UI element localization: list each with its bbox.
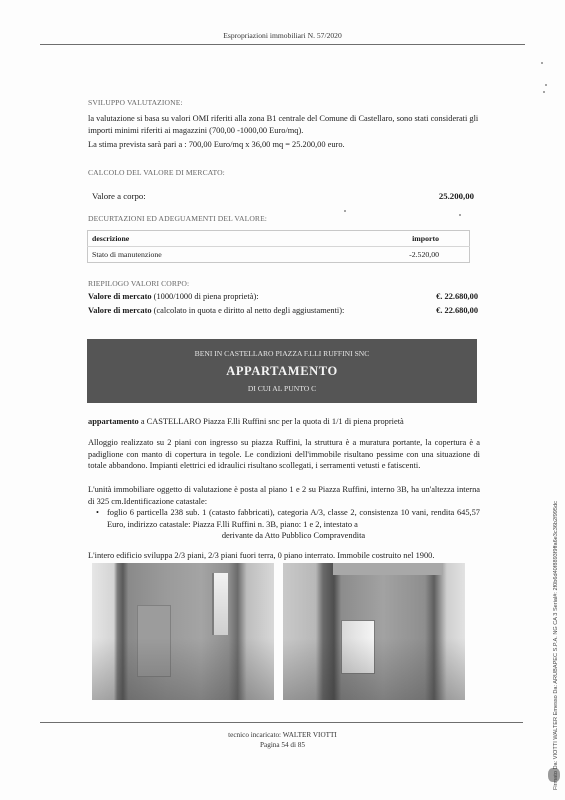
banner-title: APPARTAMENTO [87, 364, 477, 379]
decurtazioni-table: descrizione importo Stato di manutenzion… [87, 230, 470, 263]
riepilogo-row-label: Valore di mercato (calcolato in quota e … [88, 306, 344, 315]
riepilogo-row-bold: Valore di mercato [88, 306, 152, 315]
cadastral-bullet-text: foglio 6 particella 238 sub. 1 (catasto … [107, 507, 480, 530]
property-banner: BENI IN CASTELLARO PIAZZA F.LLI RUFFINI … [87, 339, 477, 403]
riepilogo-row-detail: (calcolato in quota e diritto al netto d… [152, 306, 345, 315]
digital-signature-text: Firmato Da: VIOTTI WALTER Emesso Da: ARU… [553, 501, 559, 790]
bullet-icon: • [96, 507, 99, 519]
header-divider [40, 44, 525, 45]
riepilogo-row-value: €. 22.680,00 [436, 306, 478, 315]
riepilogo-row-label: Valore di mercato (1000/1000 di piena pr… [88, 292, 259, 301]
cell-importo: -2.520,00 [297, 247, 469, 263]
description-paragraph-3: L'intero edificio sviluppa 2/3 piani, 2/… [88, 550, 488, 562]
riepilogo-row-value: €. 22.680,00 [436, 292, 478, 301]
scan-speck [541, 62, 543, 64]
section-label-decurtazioni: DECURTAZIONI ED ADEGUAMENTI DEL VALORE: [88, 214, 267, 223]
document-header-title: Espropriazioni immobiliari N. 57/2020 [0, 31, 565, 40]
riepilogo-row-bold: Valore di mercato [88, 292, 152, 301]
column-header-descrizione: descrizione [88, 231, 298, 247]
column-header-importo: importo [297, 231, 469, 247]
table-header-row: descrizione importo [88, 231, 470, 247]
scan-speck [545, 84, 547, 86]
property-intro-rest: a CASTELLARO Piazza F.lli Ruffini snc pe… [139, 417, 404, 426]
scan-speck [543, 91, 545, 93]
description-paragraph-2: L'unità immobiliare oggetto di valutazio… [88, 484, 480, 507]
scan-speck [344, 210, 346, 212]
riepilogo-row-detail: (1000/1000 di piena proprietà): [152, 292, 259, 301]
photo-floor-shade [92, 638, 274, 700]
banner-location: BENI IN CASTELLARO PIAZZA F.LLI RUFFINI … [87, 349, 477, 358]
property-photo-2 [283, 563, 465, 700]
footer-technician: tecnico incaricato: WALTER VIOTTI [0, 731, 565, 739]
photo-window-shape [212, 573, 228, 635]
photo-floor-shade [283, 638, 465, 700]
riepilogo-row: Valore di mercato (1000/1000 di piena pr… [88, 292, 478, 301]
section-label-riepilogo: RIEPILOGO VALORI CORPO: [88, 279, 189, 288]
riepilogo-row: Valore di mercato (calcolato in quota e … [88, 306, 478, 315]
cadastral-bullet-tail: derivante da Atto Pubblico Compravendita [107, 530, 480, 542]
valore-a-corpo-value: 25.200,00 [439, 191, 474, 201]
section-label-calcolo: CALCOLO DEL VALORE DI MERCATO: [88, 168, 225, 177]
cell-descrizione: Stato di manutenzione [88, 247, 298, 263]
property-intro-bold: appartamento [88, 417, 139, 426]
property-intro: appartamento a CASTELLARO Piazza F.lli R… [88, 416, 480, 428]
photo-ceiling-shape [333, 563, 443, 575]
scan-speck [459, 214, 461, 216]
sviluppo-stima: La stima prevista sarà pari a : 700,00 E… [88, 139, 480, 151]
footer-page-number: Pagina 54 di 85 [0, 741, 565, 749]
valore-a-corpo-label: Valore a corpo: [92, 191, 146, 201]
sviluppo-paragraph: la valutazione si basa su valori OMI rif… [88, 113, 480, 136]
banner-subtitle: DI CUI AL PUNTO C [87, 384, 477, 393]
table-row: Stato di manutenzione -2.520,00 [88, 247, 470, 263]
section-label-sviluppo: SVILUPPO VALUTAZIONE: [88, 98, 183, 107]
cadastral-bullet: • foglio 6 particella 238 sub. 1 (catast… [88, 507, 480, 542]
valore-a-corpo-row: Valore a corpo: 25.200,00 [92, 191, 474, 201]
property-photo-1 [92, 563, 274, 700]
description-paragraph-1: Alloggio realizzato su 2 piani con ingre… [88, 437, 480, 472]
footer-divider [40, 722, 523, 723]
